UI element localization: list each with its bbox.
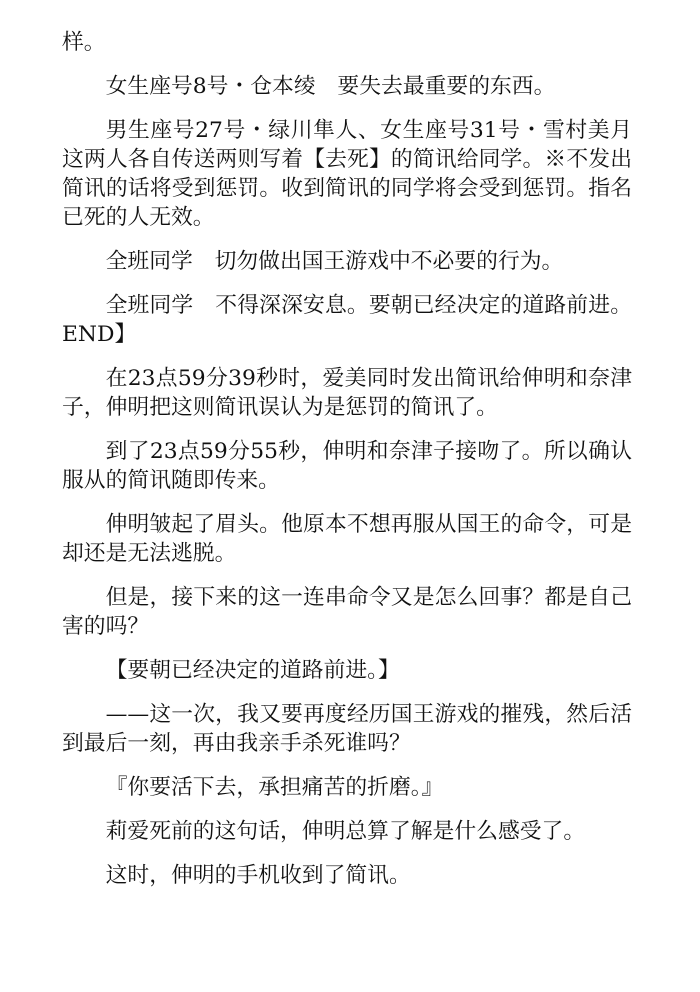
document-page: 样。 女生座号8号・仓本绫 要失去最重要的东西。 男生座号27号・绿川隼人、女生… [62, 28, 632, 905]
paragraph-narration: 在23点59分39秒时，爱美同时发出简讯给伸明和奈津子，伸明把这则简讯误认为是惩… [62, 364, 632, 422]
paragraph-narration: 但是，接下来的这一连串命令又是怎么回事？都是自己害的吗？ [62, 583, 632, 641]
paragraph-narration: 这时，伸明的手机收到了简讯。 [62, 861, 632, 890]
paragraph-order-midorikawa-yukimura: 男生座号27号・绿川隼人、女生座号31号・雪村美月 这两人各自传送两则写着【去死… [62, 116, 632, 232]
paragraph-narration: 到了23点59分55秒，伸明和奈津子接吻了。所以确认服从的简讯随即传来。 [62, 437, 632, 495]
paragraph-quote-dialogue: 『你要活下去，承担痛苦的折磨。』 [62, 773, 632, 802]
paragraph-continuation: 样。 [62, 28, 632, 57]
paragraph-narration: 莉爱死前的这句话，伸明总算了解是什么感受了。 [62, 817, 632, 846]
paragraph-quote-order: 【要朝已经决定的道路前进。】 [62, 656, 632, 685]
paragraph-narration: 伸明皱起了眉头。他原本不想再服从国王的命令，可是却还是无法逃脱。 [62, 510, 632, 568]
paragraph-order-class-rest: 全班同学 不得深深安息。要朝已经决定的道路前进。END】 [62, 291, 632, 349]
paragraph-order-class-behavior: 全班同学 切勿做出国王游戏中不必要的行为。 [62, 247, 632, 276]
paragraph-inner-monologue: ——这一次，我又要再度经历国王游戏的摧残，然后活到最后一刻，再由我亲手杀死谁吗？ [62, 700, 632, 758]
paragraph-order-kuramoto: 女生座号8号・仓本绫 要失去最重要的东西。 [62, 72, 632, 101]
